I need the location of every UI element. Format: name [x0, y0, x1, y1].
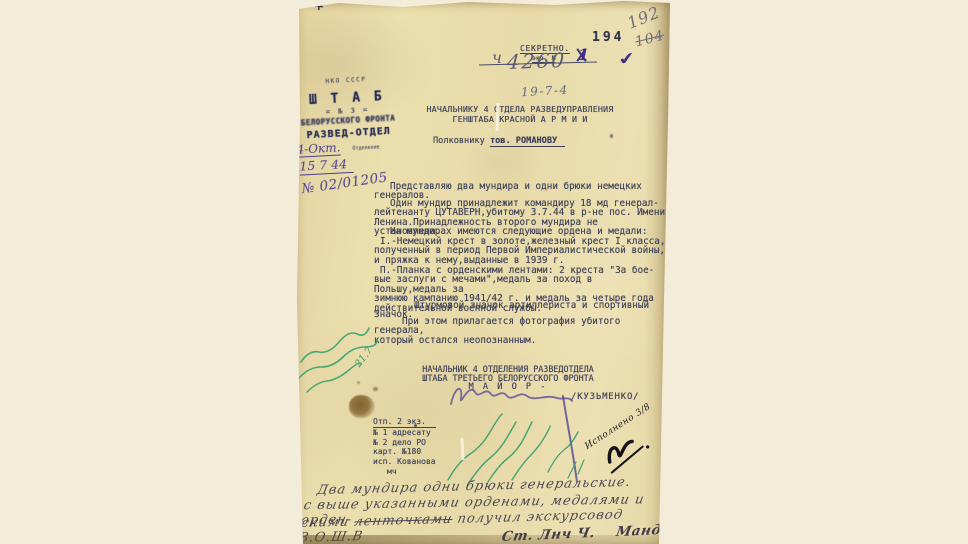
- page-number-crossed-out: 104: [634, 28, 667, 51]
- green-resolution-scribble: [293, 320, 403, 398]
- distribution-line-4: карт. №180: [373, 447, 436, 457]
- scanned-document-page: + 194 192 104 ✔ СЕКРЕТНО. экз. № ч 4260 …: [0, 0, 968, 544]
- stamp-org: НКО СССР: [287, 74, 405, 87]
- registration-cross-mark: +: [313, 0, 324, 13]
- ink-stain-small-1: [373, 387, 378, 391]
- recipient-line: Полковнику тов. РОМАНОВУ: [433, 136, 565, 146]
- body-paragraph-4: I.-Немецкий крест в золоте,железный крес…: [374, 237, 670, 265]
- stamp-dept-handwritten: 4-Окт.: [296, 140, 341, 157]
- distribution-line-3: № 2 дело РО: [373, 438, 436, 448]
- address-line-1: НАЧАЛЬНИКУ 4 ОТДЕЛА РАЗВЕДУПРАВЛЕНИЯ: [405, 104, 635, 114]
- stamp-dept-small: Отделение: [352, 144, 379, 151]
- checkmark-icon: ✔: [617, 48, 637, 70]
- ink-stain-small-2: [357, 381, 360, 384]
- recipient-rank: Полковнику: [433, 136, 485, 146]
- stamp-dept-line: РАЗВЕД-ОТДЕЛ: [290, 125, 408, 142]
- distribution-line-6: мч: [373, 467, 436, 477]
- date-note-handwritten: 19-7-4: [521, 83, 569, 99]
- registry-number-handwritten: 4260: [506, 48, 567, 74]
- document-scan: + 194 192 104 ✔ СЕКРЕТНО. экз. № ч 4260 …: [293, 0, 670, 544]
- green-note-scribble: [428, 392, 596, 488]
- ink-stain-large: [349, 395, 375, 418]
- stamp-date-handwritten: 15 7 44: [299, 156, 354, 176]
- crossed-copy-number: 1: [574, 45, 590, 65]
- distribution-line-1: Отп. 2 экз.: [373, 417, 436, 428]
- body-paragraph-7: При этом прилагается фотография убитого …: [374, 317, 670, 345]
- body-paragraph-3: На мундирах имеются следующие ордена и м…: [374, 227, 670, 236]
- distribution-block: Отп. 2 экз. № 1 адресату № 2 дело РО кар…: [373, 417, 436, 477]
- recipient-name: тов. РОМАНОВУ: [490, 136, 565, 147]
- distribution-line-2: № 1 адресату: [373, 428, 436, 438]
- ink-speck: [610, 134, 613, 138]
- paper-scratch: [496, 103, 500, 131]
- distribution-line-5: исп. Кованова: [373, 457, 436, 467]
- page-number-typed: 194: [592, 30, 624, 45]
- address-line-2: ГЕНШТАБА КРАСНОЙ А Р М И И: [405, 114, 635, 124]
